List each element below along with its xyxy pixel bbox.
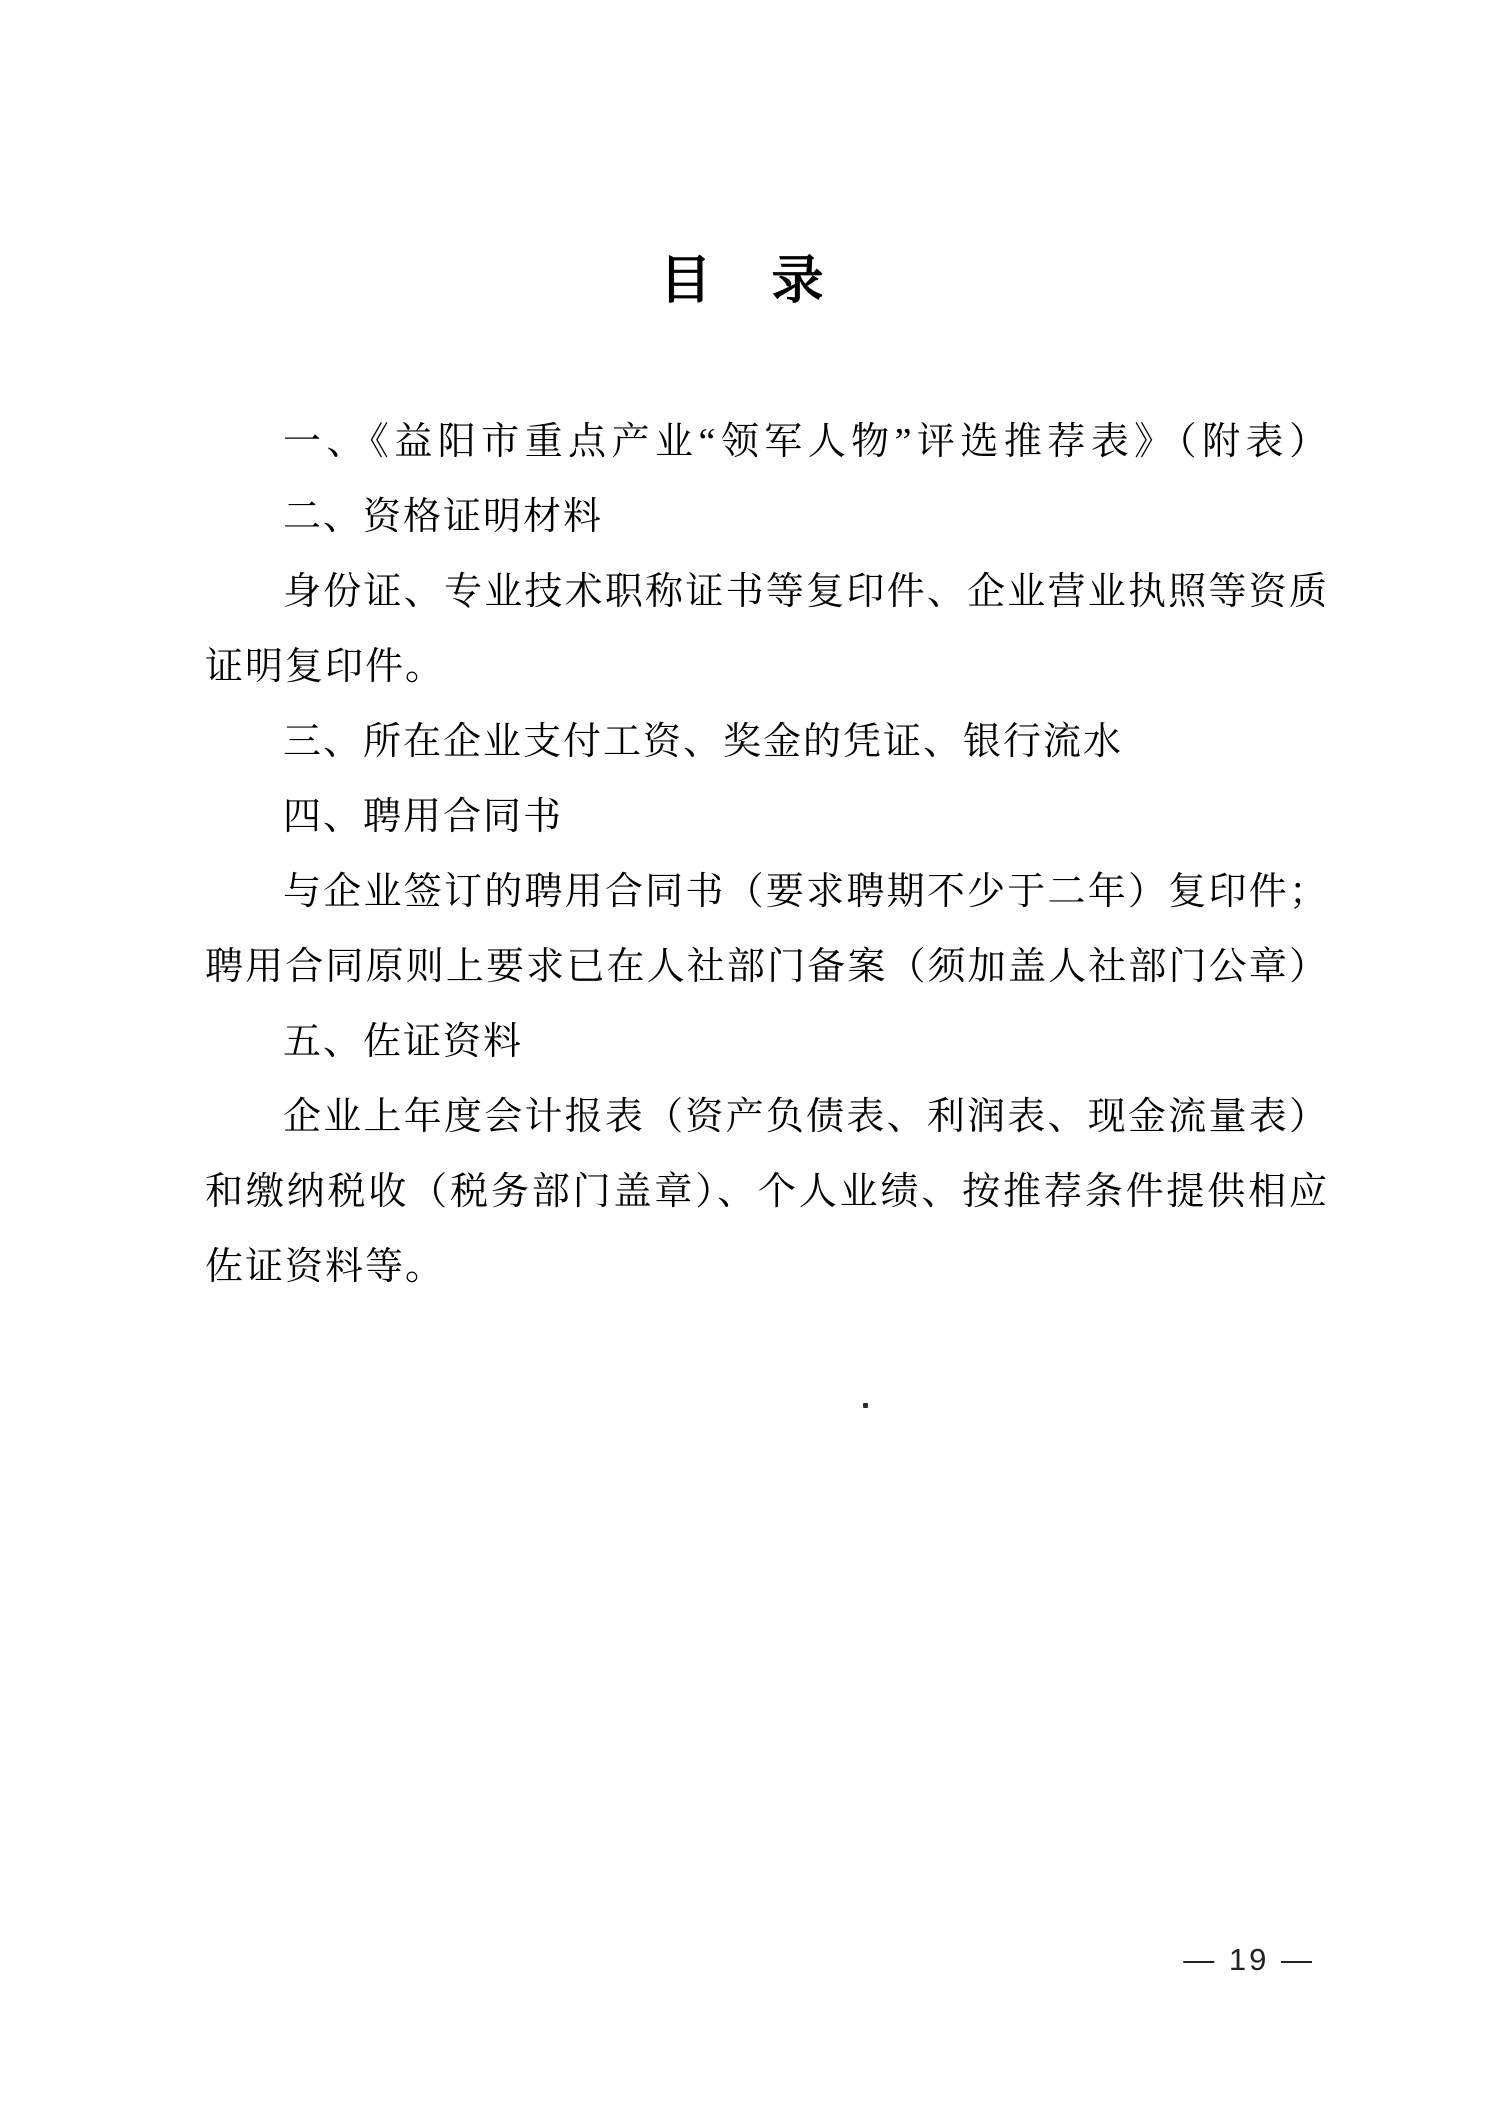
toc-line: 和缴纳税收（税务部门盖章）、个人业绩、按推荐条件提供相应 [205,1155,1327,1230]
document-page: 目 录 一、《益阳市重点产业“领军人物”评选推荐表》（附表） 二、资格证明材料 … [0,0,1487,2105]
toc-line: 四、聘用合同书 [205,780,1327,855]
table-of-contents: 一、《益阳市重点产业“领军人物”评选推荐表》（附表） 二、资格证明材料 身份证、… [205,405,1327,1305]
toc-line: 一、《益阳市重点产业“领军人物”评选推荐表》（附表） [205,405,1327,480]
toc-line: 身份证、专业技术职称证书等复印件、企业营业执照等资质 [205,555,1327,630]
toc-line: 二、资格证明材料 [205,480,1327,555]
page-title: 目 录 [0,253,1487,310]
toc-line: 三、所在企业支付工资、奖金的凭证、银行流水 [205,705,1327,780]
page-number: — 19 — [1183,1940,1315,1980]
toc-line: 证明复印件。 [205,630,1327,705]
scan-speck-dot [863,1403,868,1408]
toc-line: 五、佐证资料 [205,1005,1327,1080]
toc-line: 聘用合同原则上要求已在人社部门备案（须加盖人社部门公章） [205,930,1327,1005]
toc-line: 佐证资料等。 [205,1230,1327,1305]
toc-line: 企业上年度会计报表（资产负债表、利润表、现金流量表） [205,1080,1327,1155]
toc-line: 与企业签订的聘用合同书（要求聘期不少于二年）复印件； [205,855,1327,930]
